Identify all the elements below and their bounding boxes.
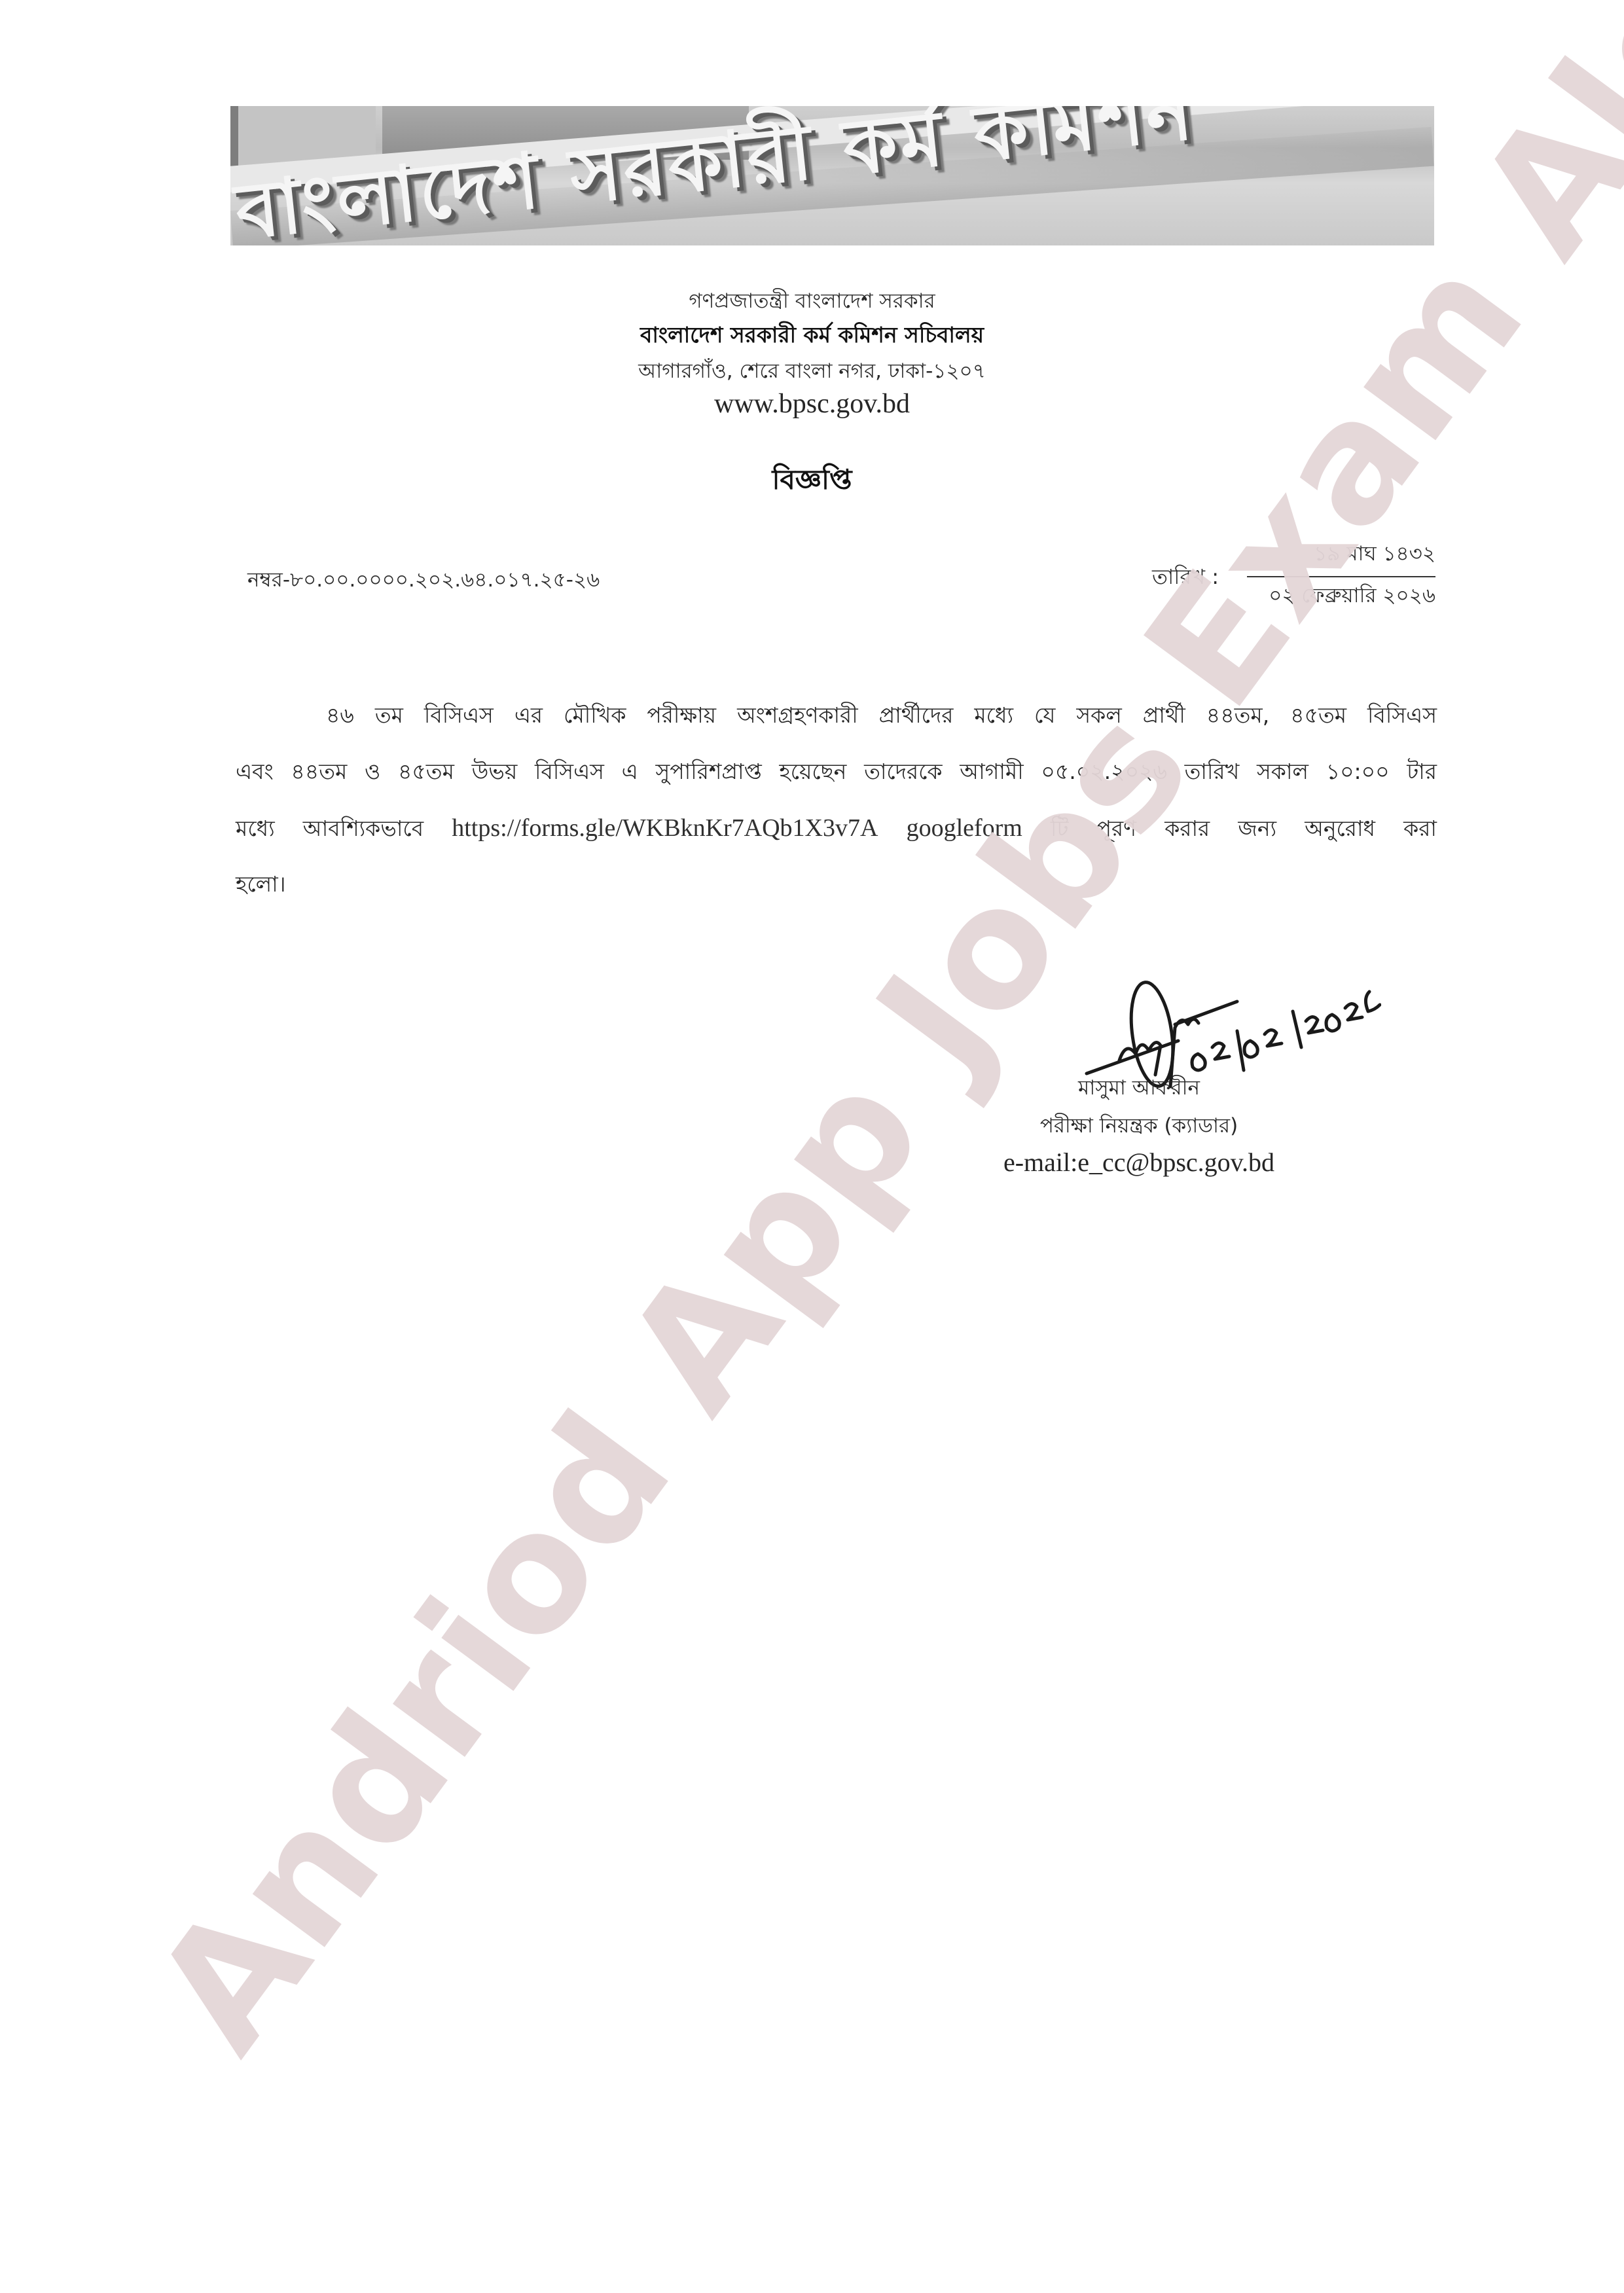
memo-number: নম্বর-৮০.০০.০০০০.২০২.৬৪.০১৭.২৫-২৬ (247, 564, 600, 598)
google-form-link[interactable]: https://forms.gle/WKBknKr7AQb1X3v7A (452, 814, 878, 842)
signer-email-link[interactable]: e-mail:e_cc@bpsc.gov.bd (969, 1147, 1309, 1178)
notice-title: বিজ্ঞপ্তি (0, 458, 1624, 505)
date-gregorian: ০২ ফেব্রুয়ারি ২০২৬ (1247, 577, 1435, 614)
government-name: গণপ্রজাতন্ত্রী বাংলাদেশ সরকার (0, 285, 1624, 319)
date-bangla: ১৯ মাঘ ১৪৩২ (1247, 538, 1435, 577)
body-line-3: মধ্যে আবশ্যিকভাবে https://forms.gle/WKBk… (236, 800, 1437, 856)
date-label: তারিখ : (1152, 560, 1219, 596)
body-line-3-suffix: টি পূরণ করার জন্য অনুরোধ করা (1051, 816, 1437, 841)
body-line-3-prefix: মধ্যে আবশ্যিকভাবে (236, 816, 424, 841)
body-line-2: এবং ৪৪তম ও ৪৫তম উভয় বিসিএস এ সুপারিশপ্র… (236, 744, 1437, 800)
notice-body: ৪৬ তম বিসিএস এর মৌখিক পরীক্ষায় অংশগ্রহণ… (236, 687, 1437, 912)
signer-designation: পরীক্ষা নিয়ন্ত্রক (ক্যাডার) (969, 1110, 1309, 1144)
banner-sign-text: বাংলাদেশ সরকারী কর্ম কমিশন (230, 106, 1202, 245)
google-form-word: googleform (907, 814, 1022, 842)
body-line-4: হলো। (236, 856, 1437, 912)
date-block: ১৯ মাঘ ১৪৩২ ০২ ফেব্রুয়ারি ২০২৬ (1247, 538, 1435, 614)
organization-name: বাংলাদেশ সরকারী কর্ম কমিশন সচিবালয় (0, 318, 1624, 355)
watermark-text: Andriod App Jobs Exam Alert (118, 253, 1538, 2084)
organization-address: আগারগাঁও, শেরে বাংলা নগর, ঢাকা-১২০৭ (0, 355, 1624, 389)
signer-name: মাসুমা আফরীন (969, 1072, 1309, 1106)
website-link[interactable]: www.bpsc.gov.bd (0, 388, 1624, 420)
body-line-1: ৪৬ তম বিসিএস এর মৌখিক পরীক্ষায় অংশগ্রহণ… (236, 687, 1437, 744)
header-banner-photo: বাংলাদেশ সরকারী কর্ম কমিশন (230, 106, 1434, 245)
